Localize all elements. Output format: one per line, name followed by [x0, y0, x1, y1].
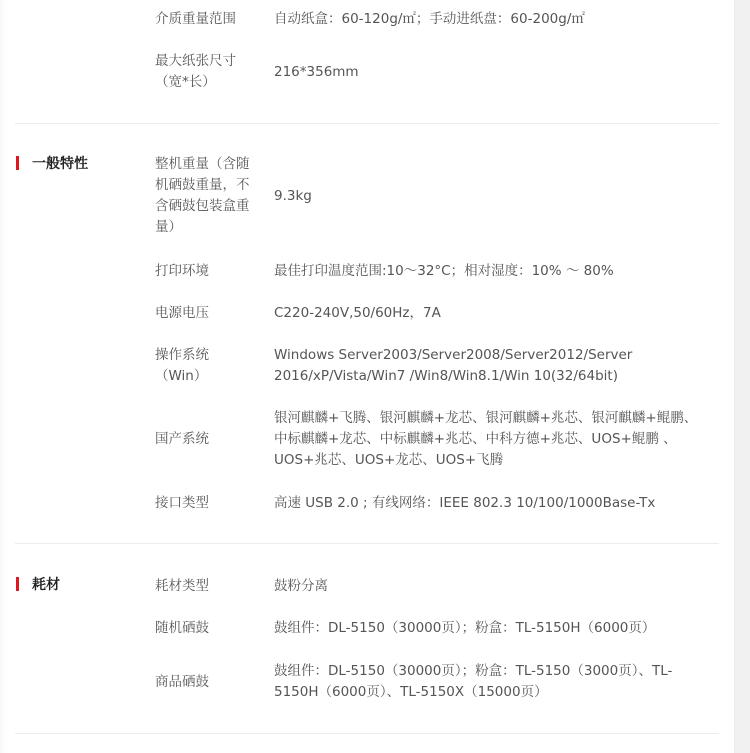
- section-divider: [15, 123, 719, 124]
- spec-label: 最大纸张尺寸 （宽*长）: [155, 51, 267, 93]
- spec-label: 接口类型: [155, 493, 267, 514]
- section-title-general: 一般特性: [16, 153, 88, 173]
- spec-page: 介质重量范围 自动纸盒：60-120g/㎡；手动进纸盘：60-200g/㎡ 最大…: [0, 0, 750, 753]
- scrollbar-track[interactable]: [734, 0, 750, 753]
- spec-row-os-win: 操作系统 （Win） Windows Server2003/Server2008…: [155, 344, 715, 388]
- spec-row-weight: 整机重量（含随 机硒鼓重量，不 含硒鼓包装盒重 量） 9.3kg: [155, 154, 715, 238]
- spec-label: 整机重量（含随 机硒鼓重量，不 含硒鼓包装盒重 量）: [155, 154, 267, 238]
- spec-value: 9.3kg: [267, 186, 715, 207]
- spec-value: 自动纸盒：60-120g/㎡；手动进纸盘：60-200g/㎡: [267, 9, 715, 30]
- spec-label: 电源电压: [155, 303, 267, 324]
- accent-bar: [16, 577, 19, 591]
- spec-row-environment: 打印环境 最佳打印温度范围:10～32°C；相对湿度：10% ～ 80%: [155, 260, 715, 282]
- spec-row-power: 电源电压 C220-240V,50/60Hz，7A: [155, 302, 715, 324]
- spec-value: 银河麒麟+飞腾、银河麒麟+龙芯、银河麒麟+兆芯、银河麒麟+鲲鹏、 中标麒麟+龙芯…: [267, 408, 715, 471]
- spec-value: 鼓组件：DL-5150（30000页）；粉盒：TL-5150H（6000页）: [267, 618, 715, 639]
- spec-value: Windows Server2003/Server2008/Server2012…: [267, 345, 715, 387]
- accent-bar: [16, 156, 19, 170]
- spec-row-consumable-type: 耗材类型 鼓粉分离: [155, 575, 715, 597]
- spec-row-interface: 接口类型 高速 USB 2.0 ; 有线网络：IEEE 802.3 10/100…: [155, 492, 715, 514]
- spec-label: 国产系统: [155, 429, 267, 450]
- section-divider: [15, 733, 719, 734]
- section-title-text: 耗材: [32, 574, 60, 594]
- spec-label: 耗材类型: [155, 576, 267, 597]
- spec-row-retail-cartridge: 商品硒鼓 鼓组件：DL-5150（30000页）；粉盒：TL-5150（3000…: [155, 660, 715, 704]
- spec-value: 最佳打印温度范围:10～32°C；相对湿度：10% ～ 80%: [267, 261, 715, 282]
- spec-row-max-paper-size: 最大纸张尺寸 （宽*长） 216*356mm: [155, 50, 715, 94]
- spec-label: 打印环境: [155, 261, 267, 282]
- spec-label: 商品硒鼓: [155, 672, 267, 693]
- spec-value: 鼓粉分离: [267, 576, 715, 597]
- spec-label: 操作系统 （Win）: [155, 345, 267, 387]
- spec-row-domestic-os: 国产系统 银河麒麟+飞腾、银河麒麟+龙芯、银河麒麟+兆芯、银河麒麟+鲲鹏、 中标…: [155, 407, 715, 471]
- section-title-text: 一般特性: [32, 153, 88, 173]
- spec-row-bundled-cartridge: 随机硒鼓 鼓组件：DL-5150（30000页）；粉盒：TL-5150H（600…: [155, 617, 715, 639]
- section-divider: [15, 543, 719, 544]
- spec-row-media-weight: 介质重量范围 自动纸盒：60-120g/㎡；手动进纸盘：60-200g/㎡: [155, 8, 715, 30]
- spec-value: 高速 USB 2.0 ; 有线网络：IEEE 802.3 10/100/1000…: [267, 493, 715, 514]
- left-edge: [0, 0, 6, 753]
- spec-value: 鼓组件：DL-5150（30000页）；粉盒：TL-5150（3000页）、TL…: [267, 661, 715, 703]
- spec-label: 介质重量范围: [155, 9, 267, 30]
- spec-label: 随机硒鼓: [155, 618, 267, 639]
- spec-value: 216*356mm: [267, 62, 715, 83]
- spec-value: C220-240V,50/60Hz，7A: [267, 303, 715, 324]
- section-title-consumables: 耗材: [16, 574, 60, 594]
